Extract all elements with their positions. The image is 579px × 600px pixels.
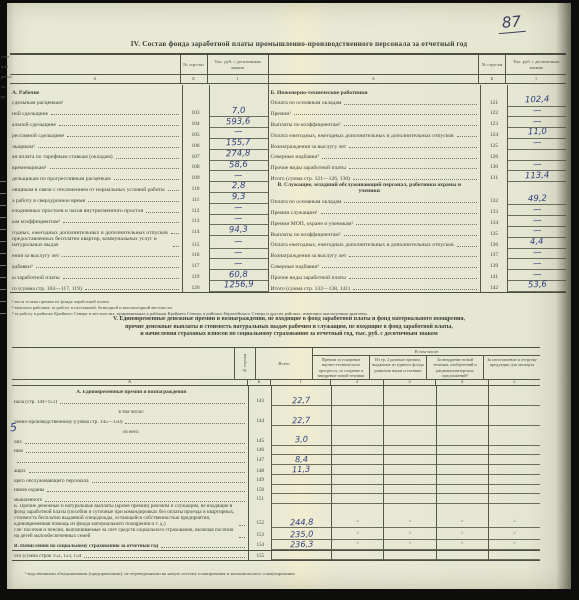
dot-leader (60, 402, 245, 404)
handwritten-value: 3,0 (295, 435, 308, 445)
row-number (248, 386, 271, 396)
row-number: 114 (182, 225, 210, 236)
dot-leader (457, 135, 477, 137)
row-total-value: 11,3 (271, 465, 331, 475)
dot-leader (239, 536, 245, 538)
label-column-header (269, 55, 478, 74)
row-value: — (508, 259, 566, 270)
handwritten-value: 7,0 (232, 107, 246, 117)
row-number: 155 (248, 551, 271, 561)
row-value (508, 182, 566, 195)
row-number: 106 (182, 139, 210, 150)
row-label-text: щего обслуживающего персонала (14, 479, 89, 485)
row-label: из него: (12, 430, 248, 436)
row-number: 146 (248, 446, 271, 456)
table-row: щего обслуживающего персонала149 (12, 475, 540, 485)
handwritten-value: 53,6 (527, 281, 546, 291)
dot-leader (171, 232, 179, 234)
row-subcolumn-cell (436, 465, 488, 475)
row-label: в том числе: (12, 410, 248, 416)
row-subcolumn-cell (488, 446, 540, 456)
label-column-header (12, 348, 234, 379)
dot-leader (67, 135, 178, 137)
handwritten-value: 94,3 (229, 225, 248, 235)
dot-leader (161, 546, 245, 548)
section4-title: IV. Состав фонда заработной платы промыш… (62, 40, 536, 48)
row-value: — (210, 259, 268, 270)
binding-edge-dashes (0, 170, 6, 320)
x-mark: × (460, 519, 464, 527)
row-number: 107 (182, 150, 210, 161)
row-number: 152 (248, 504, 271, 528)
row-value: 94,3 (210, 225, 268, 236)
premiums-table: № строки Всего В том числе Премии за уск… (12, 347, 540, 561)
section5-footnote: ² водственными объединениями (предприяти… (25, 571, 541, 576)
dot-leader (173, 245, 179, 247)
in-total-subheaders: Премии за ускорение научно-технического … (312, 356, 540, 379)
row-number (248, 406, 271, 416)
row-subcolumn-cell: × (331, 528, 383, 540)
dot-leader (47, 490, 245, 492)
handwritten-value: — (234, 249, 243, 259)
table-row: Вознаграждения за выслугу лет137— (269, 249, 566, 260)
row-number: 137 (480, 249, 508, 260)
row-number: 148 (248, 465, 271, 475)
column-header-row: № стро-ки Тыс. руб. с десятичным знаком (10, 55, 268, 75)
row-subcolumn-cell (436, 551, 488, 561)
row-label-text: ащих (14, 469, 26, 475)
row-value: 113,4 (508, 171, 566, 182)
dot-leader (349, 277, 477, 279)
row-value: — (210, 204, 268, 215)
row-subcolumn-cell (331, 455, 383, 465)
row-number (182, 85, 210, 96)
row-total-value (271, 551, 331, 561)
row-number: 154 (248, 540, 271, 550)
column-header-row: № стро-ки Тыс. руб. с десятичным знаком (269, 55, 566, 75)
row-label: ленно-производственному (сумма стр. 145—… (12, 420, 248, 426)
row-label: щего обслуживающего персонала (12, 479, 248, 485)
row-subcolumn-cell (436, 396, 488, 406)
table-row: Северные надбавки³139— (269, 259, 566, 270)
row-number: 134 (480, 216, 508, 227)
column-number: 5 (488, 380, 540, 386)
row-subcolumn-cell: × (383, 528, 435, 540)
row-label: предоставленных бесплатно квартир, комму… (10, 236, 182, 249)
edge-text-fragment: работ (1, 72, 27, 82)
row-number: 142 (480, 281, 508, 292)
row-total-value: 236,3 (271, 540, 331, 550)
row-number: 144 (248, 416, 271, 426)
row-subcolumn-cell (383, 446, 435, 456)
row-subcolumn-cell (383, 406, 435, 416)
row-number: 120 (182, 281, 210, 292)
row-subcolumn-cell: × (436, 540, 488, 550)
row-label-text: го (сумма стр. 103—117, 119) (12, 286, 82, 292)
handwritten-value: 11,3 (292, 465, 311, 475)
table-row: Выплаты по коэффициентам²135— (269, 227, 566, 238)
section5-title: V. Единовременные денежные премии и возн… (33, 316, 545, 339)
table-row: Оплата по основным окладам13249,2 (269, 195, 566, 206)
row-subcolumn-cell: × (383, 504, 435, 528)
row-label: В. Начисления по социальному страхованию… (12, 544, 248, 550)
section5-title-line: V. Единовременные денежные премии и возн… (33, 316, 545, 324)
row-number (182, 96, 210, 107)
dot-leader (29, 471, 246, 473)
column-number: 1 (270, 380, 330, 386)
row-number: 147 (248, 455, 271, 465)
x-mark: × (513, 531, 517, 539)
row-label (12, 461, 248, 465)
table-row: ая оплата по тарифным ставкам (окладам)1… (10, 150, 268, 161)
section-heading-text: В. Служащие, младший обслуживающий персо… (271, 182, 468, 195)
row-number: 104 (182, 117, 210, 128)
subcolumn-header: За внедрение новой техники, изобретений … (426, 356, 483, 379)
handwritten-value: — (234, 238, 243, 248)
row-subcolumn-cell: × (331, 504, 383, 528)
dot-leader (322, 157, 477, 159)
row-label-text: в том числе: (118, 410, 144, 416)
row-number: 130 (480, 161, 508, 172)
table-row: А. Единовременные премии и вознаграждени… (12, 386, 540, 396)
row-subcolumn-cell (488, 455, 540, 465)
column-number: 3 (383, 380, 435, 386)
row-number: 149 (248, 475, 271, 485)
row-value: — (508, 249, 566, 260)
binding-edge-fragments: ставнойработть,не (1, 52, 27, 102)
table-row: годных, ежегодных дополнительных и допол… (10, 225, 268, 236)
row-label: ним (12, 449, 248, 455)
row-total-value: 22,7 (271, 416, 331, 426)
row-value: 1256,9 (210, 281, 268, 292)
handwritten-value: 236,3 (290, 539, 314, 549)
itr-and-clerks-rows: Б. Инженерно-технические работникиОплата… (269, 84, 566, 292)
row-subcolumn-cell (436, 416, 488, 426)
row-label-text: Б. Прочие денежные и натуральные выплаты… (14, 504, 236, 528)
dot-leader (344, 124, 478, 126)
column-letter-row: А Б 1 (269, 75, 566, 84)
handwritten-value: 4,4 (530, 238, 544, 248)
handwritten-value: 49,2 (527, 195, 546, 205)
row-number: 122 (480, 107, 508, 118)
row-number: 131 (480, 171, 508, 182)
table-row: 1478,4 (12, 455, 540, 465)
table-row: ним146 (12, 446, 540, 456)
dot-leader (51, 113, 178, 115)
row-total-value (271, 494, 331, 504)
table-row: ленно-производственному (сумма стр. 145—… (12, 416, 540, 426)
row-label: сле: пособия и пенсии, выплачиваемые за … (12, 528, 248, 540)
handwritten-value: — (533, 260, 542, 270)
row-subcolumn-cell: × (488, 540, 540, 550)
table-row: мышленного151 (12, 494, 540, 504)
handwritten-value: — (533, 249, 542, 259)
table-row: Оплата ежегодных, ежегодных дополнительн… (269, 238, 566, 249)
dot-leader (322, 266, 477, 268)
row-subcolumn-cell (383, 475, 435, 485)
row-number: 132 (480, 195, 508, 206)
dot-leader (353, 288, 477, 290)
row-subcolumn-cell (488, 435, 540, 445)
handwritten-value: — (533, 118, 542, 128)
dot-leader (125, 422, 245, 424)
dot-leader (62, 255, 178, 257)
row-subcolumn-cell (331, 435, 383, 445)
table-row: дельщикам по прогрессивным расценкам109— (10, 171, 268, 182)
edge-text-fragment: не (1, 92, 27, 102)
row-subcolumn-cell (383, 386, 435, 396)
dot-leader (294, 113, 477, 115)
row-number: 110 (182, 182, 210, 193)
handwritten-value: 244,8 (290, 517, 314, 527)
column-letter-a: А (12, 380, 247, 386)
row-number: 150 (248, 485, 271, 495)
row-number: 143 (248, 396, 271, 406)
row-total-value (271, 475, 331, 485)
row-subcolumn-cell: × (436, 504, 488, 528)
row-number: 112 (182, 204, 210, 215)
row-subcolumn-cell (331, 426, 383, 436)
table-row: ого (сумма строк 152, 153, 154155 (12, 550, 540, 561)
row-number (480, 85, 508, 96)
in-total-group: В том числе Премии за ускорение научно-т… (312, 348, 540, 379)
row-subcolumn-cell (488, 465, 540, 475)
table-row: временщикам¹10858,6 (10, 161, 268, 172)
row-subcolumn-cell: × (488, 504, 540, 528)
table-row: Итого (сумма стр. 132—138, 141)14253,6 (269, 281, 566, 292)
row-value: 7,0 (210, 107, 268, 118)
row-subcolumn-cell (488, 406, 540, 416)
row-number: 136 (480, 238, 508, 249)
table-row: льщикам¹106155,7 (10, 139, 268, 150)
row-subcolumn-cell (488, 485, 540, 495)
row-subcolumn-cell (383, 465, 435, 475)
dot-leader (457, 245, 477, 247)
row-subcolumn-cell (383, 426, 435, 436)
subcolumn-header: Премии за ускорение научно-технического … (312, 356, 369, 379)
row-number: 133 (480, 205, 508, 216)
table-row: адбавки³117— (10, 259, 268, 270)
row-label-text: предоставленных бесплатно квартир, комму… (12, 236, 170, 249)
row-number: 113 (182, 215, 210, 226)
row-subcolumn-cell (436, 426, 488, 436)
column-letter-b: Б (247, 380, 270, 386)
table-row: сдельным расценкам¹ (10, 96, 268, 107)
handwritten-value: — (234, 204, 243, 214)
dot-leader (88, 200, 178, 202)
row-value: — (508, 139, 566, 150)
handwritten-value: 22,7 (292, 415, 311, 425)
handwritten-value: 22,7 (292, 396, 311, 406)
handwritten-value: — (533, 227, 542, 237)
row-subcolumn-cell (436, 494, 488, 504)
handwritten-value: — (533, 161, 542, 171)
edge-text-fragment: ной (1, 62, 27, 72)
row-number: 151 (248, 494, 271, 504)
workers-rows: А. Рабочиесдельным расценкам¹ной сдельщи… (10, 84, 268, 292)
handwritten-value: 113,4 (525, 171, 550, 181)
row-total-value: 22,7 (271, 396, 331, 406)
row-value (210, 96, 268, 107)
row-value: 53,6 (508, 281, 566, 292)
x-mark: × (408, 531, 412, 539)
column-letter-b: Б (180, 75, 207, 83)
x-mark: × (356, 541, 360, 549)
in-total-header: В том числе (312, 348, 540, 356)
row-number: 135 (480, 227, 508, 238)
row-label: чих (12, 440, 248, 446)
line-number-vertical-label: № строки (242, 354, 247, 373)
margin-handwriting: 5 (9, 421, 17, 435)
dot-leader (63, 277, 179, 279)
dot-leader (38, 146, 179, 148)
subcolumn-header: За изготовление и отгрузку продукции для… (483, 356, 540, 379)
table-row: Оплата ежегодных, ежегодных дополнительн… (269, 128, 566, 139)
row-subcolumn-cell (488, 475, 540, 485)
row-value: — (508, 107, 566, 118)
row-number: 141 (480, 270, 508, 281)
handwritten-value: 2,8 (232, 182, 246, 192)
table-row: альной сдельщине104593,6 (10, 117, 268, 128)
row-label-text: ним (14, 449, 23, 455)
row-number: 103 (182, 107, 210, 118)
row-subcolumn-cell (383, 435, 435, 445)
table-row: ников охраны150 (12, 485, 540, 495)
section-heading-row: В. Служащие, младший обслуживающий персо… (269, 182, 566, 195)
column-letter-a: А (10, 75, 180, 83)
row-number: 153 (248, 528, 271, 540)
row-number: 108 (182, 161, 210, 172)
handwritten-value: 102,4 (525, 96, 550, 106)
dot-leader (36, 266, 179, 268)
row-subcolumn-cell (436, 446, 488, 456)
row-subcolumn-cell (488, 494, 540, 504)
row-number (480, 182, 508, 195)
row-label: Итого (сумма стр. 132—138, 141) (269, 286, 480, 292)
table-row: Б. Прочие денежные и натуральные выплаты… (12, 504, 540, 528)
row-subcolumn-cell (331, 485, 383, 495)
table-row: в том числе: (12, 406, 540, 416)
dot-leader (344, 201, 477, 203)
row-subcolumn-cell (436, 435, 488, 445)
row-subcolumn-cell (331, 494, 383, 504)
dot-leader (26, 451, 246, 453)
table-row: Выплаты по коэффициентам²123— (269, 117, 566, 128)
dot-leader (116, 157, 179, 159)
column-number-1: 1 (505, 75, 566, 83)
row-label-text: В. Начисления по социальному страхованию… (14, 544, 158, 550)
line-number-column-header: № стро-ки (180, 55, 207, 74)
row-label-text: нала (стр. 144+151) (14, 400, 57, 406)
table-row: елодневных простоев и часов внутрисменно… (10, 204, 268, 215)
row-number: 125 (480, 139, 508, 150)
handwritten-value: 1256,9 (223, 281, 253, 292)
handwritten-value: 274,8 (226, 150, 251, 160)
line-number-column-header: № стро-ки (478, 55, 505, 74)
table-row: Премии МОП, охране и ученикам¹134— (269, 216, 566, 227)
premiums-header-row: № строки Всего В том числе Премии за уск… (12, 348, 540, 380)
dot-leader (114, 178, 179, 180)
row-subcolumn-cell (383, 485, 435, 495)
row-label-text: Итого (сумма стр. 132—138, 141) (271, 286, 351, 292)
x-mark: × (408, 541, 412, 549)
x-mark: × (513, 519, 517, 527)
handwritten-value: 235,0 (290, 529, 314, 539)
row-subcolumn-cell (436, 386, 488, 396)
edge-text-fragment: став (1, 52, 27, 62)
row-subcolumn-cell: × (488, 528, 540, 540)
column-number: 4 (435, 380, 487, 386)
row-number (248, 426, 271, 436)
table-row: Вознаграждения за выслугу лет125— (269, 139, 566, 150)
row-number: 145 (248, 435, 271, 445)
row-subcolumn-cell (436, 406, 488, 416)
row-number: 123 (480, 117, 508, 128)
dot-leader (344, 103, 477, 105)
handwritten-value: 9,3 (232, 193, 246, 203)
row-subcolumn-cell (488, 386, 540, 396)
handwritten-value: — (533, 216, 542, 226)
row-label: ников охраны (12, 488, 248, 494)
row-total-value: 3,0 (271, 435, 331, 445)
column-letter-row: А Б 1 (10, 75, 268, 84)
row-number: 116 (182, 249, 210, 260)
premiums-rows: А. Единовременные премии и вознаграждени… (12, 386, 540, 560)
paper-sheet: 87 IV. Состав фонда заработной платы про… (7, 3, 571, 589)
x-mark: × (356, 531, 360, 539)
row-subcolumn-cell (331, 396, 383, 406)
table-left-half: № стро-ки Тыс. руб. с десятичным знаком … (10, 55, 268, 292)
dot-leader (25, 442, 245, 444)
row-label-text: А. Единовременные премии и вознаграждени… (76, 390, 186, 396)
row-total-value (271, 485, 331, 495)
dot-leader (50, 167, 179, 169)
row-subcolumn-cell (331, 475, 383, 485)
dot-leader (85, 288, 179, 290)
scanned-page: 87 IV. Состав фонда заработной платы про… (0, 0, 579, 600)
x-mark: × (513, 541, 517, 549)
dot-leader (84, 556, 245, 558)
row-value: — (508, 161, 566, 172)
row-subcolumn-cell (331, 446, 383, 456)
dot-leader (168, 189, 179, 191)
handwritten-value: — (533, 107, 542, 117)
row-subcolumn-cell (331, 416, 383, 426)
row-number: 124 (480, 128, 508, 139)
row-value: — (508, 205, 566, 216)
dot-leader (146, 211, 179, 213)
row-label: го (сумма стр. 103—117, 119) (10, 286, 182, 292)
row-label-text: из него: (123, 430, 139, 436)
row-number: 139 (480, 259, 508, 270)
row-label: А. Единовременные премии и вознаграждени… (12, 390, 248, 396)
row-subcolumn-cell (488, 396, 540, 406)
dot-leader (349, 167, 477, 169)
row-subcolumn-cell (488, 551, 540, 561)
column-letter-b: Б (478, 75, 505, 83)
row-number: 121 (480, 96, 508, 107)
table-row: го (сумма стр. 103—117, 119)1201256,9 (10, 281, 268, 292)
table-row: чих1453,0 (12, 435, 540, 445)
table-row: Итого (сумма стр. 121—126, 130)131113,4 (269, 171, 566, 182)
row-value (508, 150, 566, 161)
dot-leader (349, 146, 477, 148)
row-number: 119 (182, 270, 210, 281)
column-number: 2 (330, 380, 382, 386)
row-label: ащих (12, 469, 248, 475)
table-row: а работу в сверхурочное время1119,3 (10, 193, 268, 204)
section-heading: В. Служащие, младший обслуживающий персо… (269, 182, 480, 195)
